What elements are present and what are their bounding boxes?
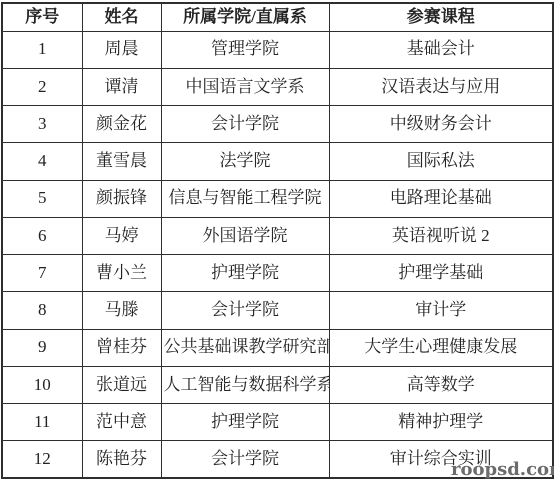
header-row: 序号 姓名 所属学院/直属系 参赛课程 — [2, 3, 553, 31]
cell-course: 中级财务会计 — [329, 106, 553, 143]
cell-no: 12 — [2, 441, 82, 478]
cell-name: 范中意 — [82, 404, 161, 441]
table-row: 11 范中意 护理学院 精神护理学 — [2, 404, 553, 441]
table-row: 3 颜金花 会计学院 中级财务会计 — [2, 106, 553, 143]
cell-department: 管理学院 — [161, 31, 329, 68]
table-row: 7 曹小兰 护理学院 护理学基础 — [2, 255, 553, 292]
cell-department: 外国语学院 — [161, 217, 329, 254]
cell-department: 会计学院 — [161, 441, 329, 478]
cell-department: 信息与智能工程学院 — [161, 180, 329, 217]
cell-name: 董雪晨 — [82, 143, 161, 180]
cell-no: 7 — [2, 255, 82, 292]
table-row: 4 董雪晨 法学院 国际私法 — [2, 143, 553, 180]
cell-no: 6 — [2, 217, 82, 254]
header-cell-name: 姓名 — [82, 3, 161, 31]
cell-no: 5 — [2, 180, 82, 217]
cell-department: 护理学院 — [161, 255, 329, 292]
cell-course: 大学生心理健康发展 — [329, 329, 553, 366]
cell-name: 马婷 — [82, 217, 161, 254]
cell-department: 护理学院 — [161, 404, 329, 441]
cell-name: 周晨 — [82, 31, 161, 68]
cell-name: 张道远 — [82, 366, 161, 403]
cell-no: 11 — [2, 404, 82, 441]
cell-no: 8 — [2, 292, 82, 329]
cell-department: 人工智能与数据科学系 — [161, 366, 329, 403]
table-row: 1 周晨 管理学院 基础会计 — [2, 31, 553, 68]
cell-department: 会计学院 — [161, 106, 329, 143]
cell-department: 公共基础课教学研究部 — [161, 329, 329, 366]
cell-department: 会计学院 — [161, 292, 329, 329]
cell-department: 法学院 — [161, 143, 329, 180]
cell-course: 电路理论基础 — [329, 180, 553, 217]
table-row: 5 颜振锋 信息与智能工程学院 电路理论基础 — [2, 180, 553, 217]
table-row: 2 谭清 中国语言文学系 汉语表达与应用 — [2, 68, 553, 105]
table-row: 10 张道远 人工智能与数据科学系 高等数学 — [2, 366, 553, 403]
cell-no: 10 — [2, 366, 82, 403]
header-cell-department: 所属学院/直属系 — [161, 3, 329, 31]
cell-name: 颜金花 — [82, 106, 161, 143]
header-cell-no: 序号 — [2, 3, 82, 31]
contest-roster-table: 序号 姓名 所属学院/直属系 参赛课程 1 周晨 管理学院 基础会计 2 谭清 … — [1, 2, 554, 479]
cell-name: 颜振锋 — [82, 180, 161, 217]
cell-name: 曹小兰 — [82, 255, 161, 292]
page: 序号 姓名 所属学院/直属系 参赛课程 1 周晨 管理学院 基础会计 2 谭清 … — [0, 0, 554, 486]
cell-name: 陈艳芬 — [82, 441, 161, 478]
header-cell-course: 参赛课程 — [329, 3, 553, 31]
table-row: 9 曾桂芬 公共基础课教学研究部 大学生心理健康发展 — [2, 329, 553, 366]
cell-course: 基础会计 — [329, 31, 553, 68]
cell-course: 精神护理学 — [329, 404, 553, 441]
table-body: 1 周晨 管理学院 基础会计 2 谭清 中国语言文学系 汉语表达与应用 3 颜金… — [2, 31, 553, 478]
cell-course: 高等数学 — [329, 366, 553, 403]
cell-course: 审计学 — [329, 292, 553, 329]
cell-department: 中国语言文学系 — [161, 68, 329, 105]
cell-no: 1 — [2, 31, 82, 68]
cell-course: 汉语表达与应用 — [329, 68, 553, 105]
cell-no: 3 — [2, 106, 82, 143]
cell-name: 谭清 — [82, 68, 161, 105]
table-row: 6 马婷 外国语学院 英语视听说 2 — [2, 217, 553, 254]
cell-name: 马滕 — [82, 292, 161, 329]
cell-course: 护理学基础 — [329, 255, 553, 292]
table-header: 序号 姓名 所属学院/直属系 参赛课程 — [2, 3, 553, 31]
table-row: 8 马滕 会计学院 审计学 — [2, 292, 553, 329]
cell-no: 4 — [2, 143, 82, 180]
cell-course: 国际私法 — [329, 143, 553, 180]
cell-name: 曾桂芬 — [82, 329, 161, 366]
site-watermark: roopsd.com — [451, 459, 554, 480]
cell-no: 2 — [2, 68, 82, 105]
cell-course: 英语视听说 2 — [329, 217, 553, 254]
cell-no: 9 — [2, 329, 82, 366]
